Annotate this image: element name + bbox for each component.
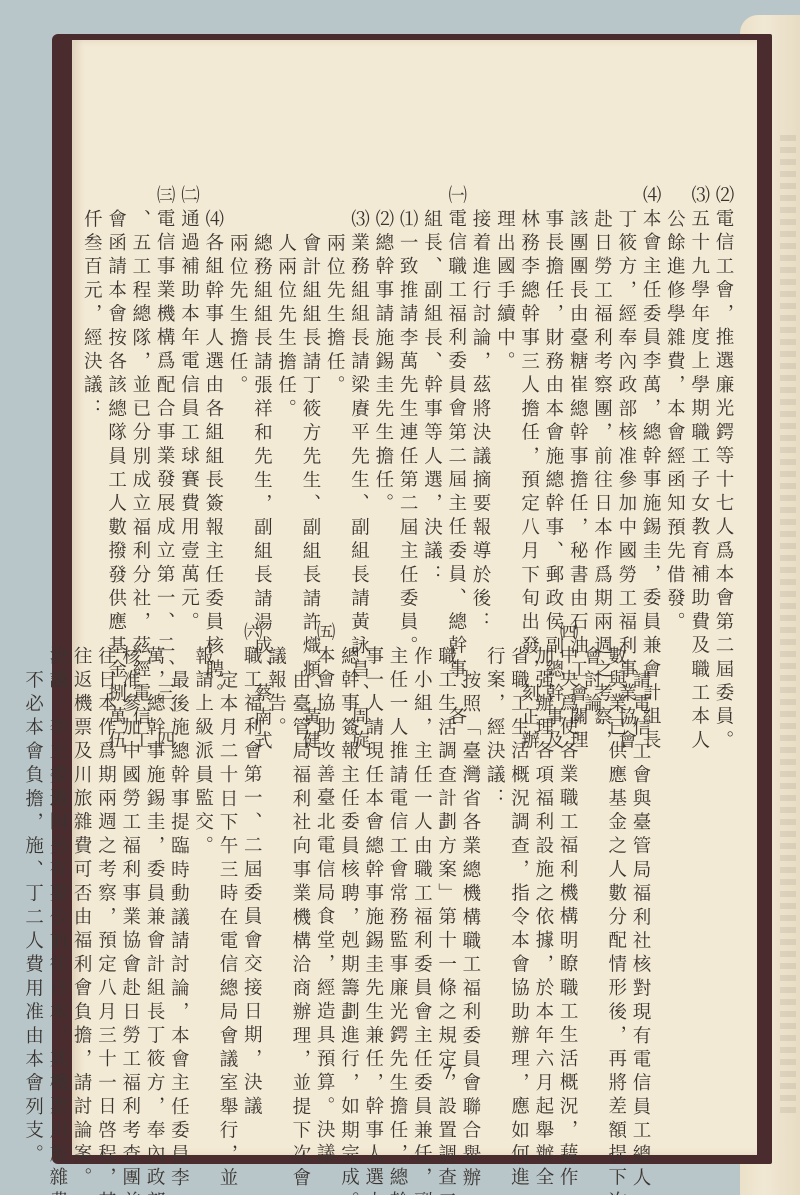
text-column: 職工生活調查計劃方案」第十一條之規定，設置調查工 xyxy=(433,622,457,1092)
text-column: ⑷本會主任委員李萬，總幹事施錫圭，委員兼會計組長 xyxy=(638,185,662,625)
text-column: ㈤本會協助改善臺北電信局食堂，經造具預算。決議 xyxy=(312,622,336,1092)
text-column: ㈥職工福利會第一、二屆委員會交接日期，決議 xyxy=(239,622,263,1092)
text-column: 公餘進修學雜費，本會經函知預先借發。 xyxy=(662,185,686,625)
text-column: ㈡通過補助本年電信員工球賽費用壹萬元。 xyxy=(176,185,200,625)
text-column: 兩位先生擔任。 xyxy=(225,185,249,625)
text-column: ㈠電信職工福利委員會第二屆主任委員、總幹事、各 xyxy=(443,185,467,625)
text-column: 組長、副組長、幹事等人選，決議： xyxy=(419,185,443,625)
document-page: ⑵電信工會，推選廉光鍔等十七人爲本會第二屆委員。⑶五十九學年度上學期職工子女教育… xyxy=(72,40,757,1155)
text-column: 萬，總幹事施錫圭，委員兼會計組長丁筱方，奉內政部 xyxy=(142,622,166,1092)
text-column: 作小組，主任一人由職工福利委員會主任委員兼任，副 xyxy=(409,622,433,1092)
text-column: 不必本會負擔，施、丁二人費用准由本會列支。 xyxy=(20,622,44,1092)
text-column: 人兩位先生擔任。 xyxy=(273,185,297,625)
text-column: ⑵電信工會，推選廉光鍔等十七人爲本會第二屆委員。 xyxy=(711,185,735,625)
text-column: 主任一人推請電信工會常務監事廉光鍔先生擔任，總幹 xyxy=(385,622,409,1092)
text-column: 會討論。 xyxy=(579,622,603,1092)
text-column: 省職工生活概況調查，指令本會協助辦理，應如何進 xyxy=(506,622,530,1092)
text-column: ⑷各組幹事人選由各組組長簽報主任委員核聘。 xyxy=(200,185,224,625)
text-column: 請電信工會與臺管局福利社核對現有電信員工總人 xyxy=(628,622,652,1092)
text-column: 事一人請現任本會總幹事施錫圭先生兼任，幹事人選由 xyxy=(360,622,384,1092)
text-column: 會函請本會按各該總隊員工人數撥發供應基金捌萬伍 xyxy=(103,185,127,625)
text-column: 按照「臺灣省各業總機構職工福利委員會聯合舉辦 xyxy=(458,622,482,1092)
text-column: ⑶業務組組長請梁賡平先生、副組長請黃詠昌、周旋 xyxy=(346,185,370,625)
show-through-text xyxy=(780,135,796,1115)
text-column: ⑵總幹事請施錫圭先生擔任。 xyxy=(371,185,395,625)
text-column: 赴日勞工福利考察團，前往日本作爲期兩週之考察， xyxy=(589,185,613,625)
text-column: 丁筱方，經奉內政部核准參加中國勞工福利事業協會 xyxy=(614,185,638,625)
text-column: 行案，經決議： xyxy=(482,622,506,1092)
text-column: 報請上級派員監交。 xyxy=(190,622,214,1092)
text-column: ㈢電信事業機構爲配合事業發展成立第一、二、三、四 xyxy=(152,185,176,625)
text-column: 定本月二十日下午三時在電信總局會議室舉行，並 xyxy=(215,622,239,1092)
text-column: 兩位先生擔任。 xyxy=(322,185,346,625)
text-column: 事長擔任，財務由本會施總幹事、郵政侯副總幹事及 xyxy=(541,185,565,625)
text-column: 該團團長由臺糖崔總幹事擔任，秘書由石油工會關理 xyxy=(565,185,589,625)
text-column: 議報告。 xyxy=(263,622,287,1092)
text-column: 核准參加中國勞工福利事業協會赴日勞工福利考查團前 xyxy=(117,622,141,1092)
page-number: 7 xyxy=(442,1064,453,1084)
text-column: 由臺管局福利社向事業機構洽商辦理，並提下次會 xyxy=(288,622,312,1092)
text-column: 往日本作爲期兩週之考察，預定八月三十一日啓程，其 xyxy=(93,622,117,1092)
text-column: 會計組組長請丁筱方先生、副組長請許熾頫、黃健 xyxy=(298,185,322,625)
text-column: 林務李總幹事三人擔任，預定八月下旬出發，刻正辦 xyxy=(516,185,540,625)
text-column: 總幹事簽報主任委員核聘，剋期籌劃進行，如期完成。 xyxy=(336,622,360,1092)
text-column: 決議：李主委適因另有要公前往日本，其機票川旅雜費 xyxy=(45,622,69,1092)
text-column: 仟叁百元，經決議： xyxy=(79,185,103,625)
text-column: ㈣中央爲使各業職工福利機構明瞭職工生活概況，藉作 xyxy=(555,622,579,1092)
text-column: 、五工程總隊，並已分別成立福利分社，茲經電信工 xyxy=(128,185,152,625)
text-column: ⑶五十九學年度上學期職工子女教育補助費及職工本人 xyxy=(686,185,710,625)
text-column: 總務組組長請張祥和先生，副組長請湯成、蔡南式 xyxy=(249,185,273,625)
lower-text-block: 請電信工會與臺管局福利社核對現有電信員工總人數與業已供應基金之人數分配情形後，再… xyxy=(20,622,652,1092)
text-column: 理出國手續中。 xyxy=(492,185,516,625)
text-column: 加强辦理各項福利設施之依據，於本年六月起舉辦全 xyxy=(531,622,555,1092)
text-column: 數與業已供應基金之人數分配情形後，再將差額提下次 xyxy=(603,622,627,1092)
text-column: 最後施總幹事提臨時動議請討論，本會主任委員李 xyxy=(166,622,190,1092)
text-column: ⑴一致推請李萬先生連任第二屆主任委員。 xyxy=(395,185,419,625)
text-column: 往返機票及川旅雜費可否由福利會負擔，請討論案。 xyxy=(69,622,93,1092)
text-column: 接着進行討論，茲將決議摘要報導於後： xyxy=(468,185,492,625)
upper-text-block: ⑵電信工會，推選廉光鍔等十七人爲本會第二屆委員。⑶五十九學年度上學期職工子女教育… xyxy=(79,185,735,625)
